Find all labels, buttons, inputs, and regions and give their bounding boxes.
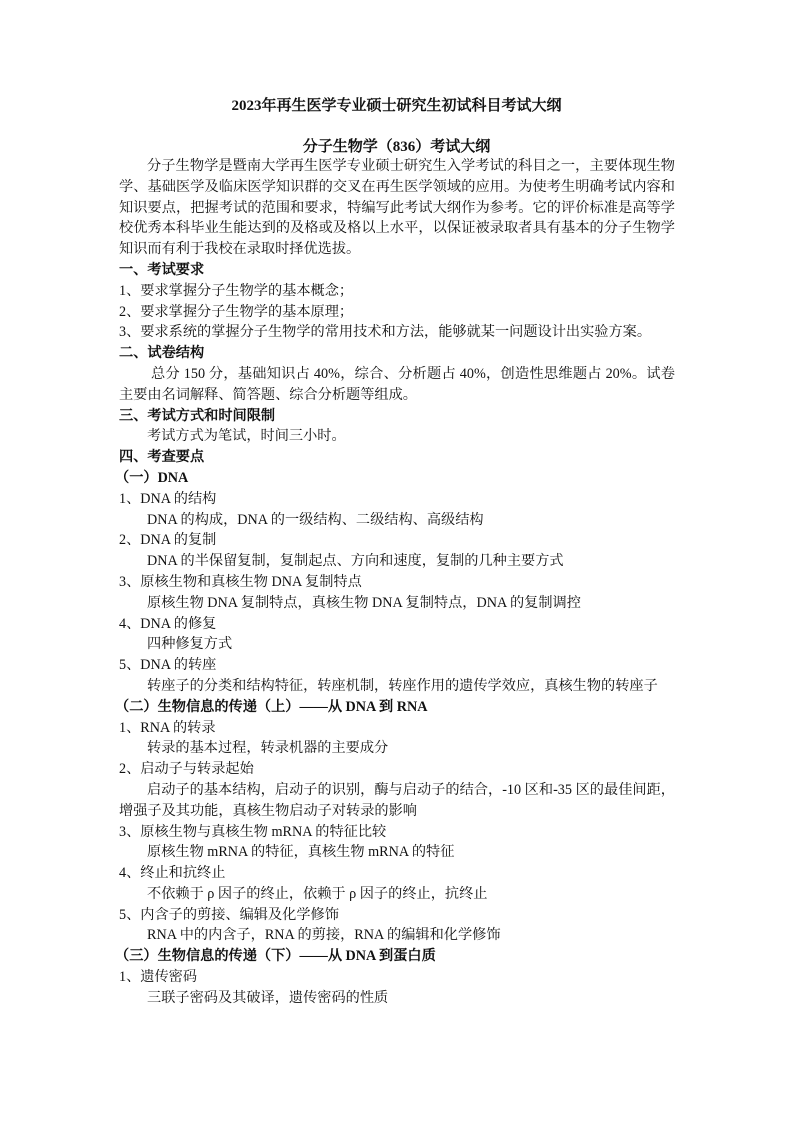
topic-desc: 不依赖于 ρ 因子的终止，依赖于 ρ 因子的终止，抗终止 — [119, 884, 675, 905]
topic-title: 2、DNA 的复制 — [119, 530, 675, 551]
topic-desc: 四种修复方式 — [119, 634, 675, 655]
topic-title: 1、DNA 的结构 — [119, 489, 675, 510]
requirement-item: 1、要求掌握分子生物学的基本概念； — [119, 281, 675, 302]
topic-title: 1、RNA 的转录 — [119, 718, 675, 739]
document-page: 2023年再生医学专业硕士研究生初试科目考试大纲 分子生物学（836）考试大纲 … — [0, 0, 793, 1122]
section-heading-requirements: 一、考试要求 — [119, 260, 675, 281]
part-heading-dna-to-rna: （二）生物信息的传递（上）——从 DNA 到 RNA — [115, 697, 675, 718]
topic-desc: DNA 的构成，DNA 的一级结构、二级结构、高级结构 — [119, 510, 675, 531]
topic-desc: 三联子密码及其破译，遗传密码的性质 — [119, 988, 675, 1009]
intro-paragraph: 分子生物学是暨南大学再生医学专业硕士研究生入学考试的科目之一，主要体现生物学、基… — [119, 156, 675, 260]
topic-desc: 原核生物 mRNA 的特征，真核生物 mRNA 的特征 — [119, 842, 675, 863]
topic-desc: 转座子的分类和结构特征，转座机制，转座作用的遗传学效应，真核生物的转座子 — [119, 676, 675, 697]
topic-desc: 原核生物 DNA 复制特点，真核生物 DNA 复制特点，DNA 的复制调控 — [119, 593, 675, 614]
document-subtitle: 分子生物学（836）考试大纲 — [0, 137, 793, 157]
topic-title: 4、DNA 的修复 — [119, 614, 675, 635]
topic-title: 5、DNA 的转座 — [119, 655, 675, 676]
topic-desc: 转录的基本过程，转录机器的主要成分 — [119, 738, 675, 759]
topic-title: 1、遗传密码 — [119, 967, 675, 988]
section-heading-structure: 二、试卷结构 — [119, 343, 675, 364]
topic-title: 3、原核生物和真核生物 DNA 复制特点 — [119, 572, 675, 593]
document-body: 分子生物学是暨南大学再生医学专业硕士研究生入学考试的科目之一，主要体现生物学、基… — [119, 156, 675, 1009]
requirement-item: 3、要求系统的掌握分子生物学的常用技术和方法，能够就某一问题设计出实验方案。 — [119, 322, 675, 343]
topic-title: 3、原核生物与真核生物 mRNA 的特征比较 — [119, 822, 675, 843]
part-heading-dna-to-protein: （三）生物信息的传递（下）——从 DNA 到蛋白质 — [115, 946, 675, 967]
topic-desc: DNA 的半保留复制，复制起点、方向和速度，复制的几种主要方式 — [119, 551, 675, 572]
section-heading-key-points: 四、考查要点 — [119, 447, 675, 468]
topic-desc: RNA 中的内含子，RNA 的剪接，RNA 的编辑和化学修饰 — [119, 925, 675, 946]
topic-title: 5、内含子的剪接、编辑及化学修饰 — [119, 905, 675, 926]
document-title: 2023年再生医学专业硕士研究生初试科目考试大纲 — [0, 96, 793, 116]
topic-desc: 启动子的基本结构，启动子的识别，酶与启动子的结合，-10 区和-35 区的最佳间… — [119, 780, 675, 822]
section-heading-exam-format: 三、考试方式和时间限制 — [119, 406, 675, 427]
part-heading-dna: （一）DNA — [115, 468, 675, 489]
requirement-item: 2、要求掌握分子生物学的基本原理； — [119, 302, 675, 323]
topic-title: 4、终止和抗终止 — [119, 863, 675, 884]
topic-title: 2、启动子与转录起始 — [119, 759, 675, 780]
exam-format-text: 考试方式为笔试，时间三小时。 — [119, 426, 675, 447]
structure-paragraph: 总分 150 分，基础知识占 40%，综合、分析题占 40%，创造性思维题占 2… — [119, 364, 675, 406]
